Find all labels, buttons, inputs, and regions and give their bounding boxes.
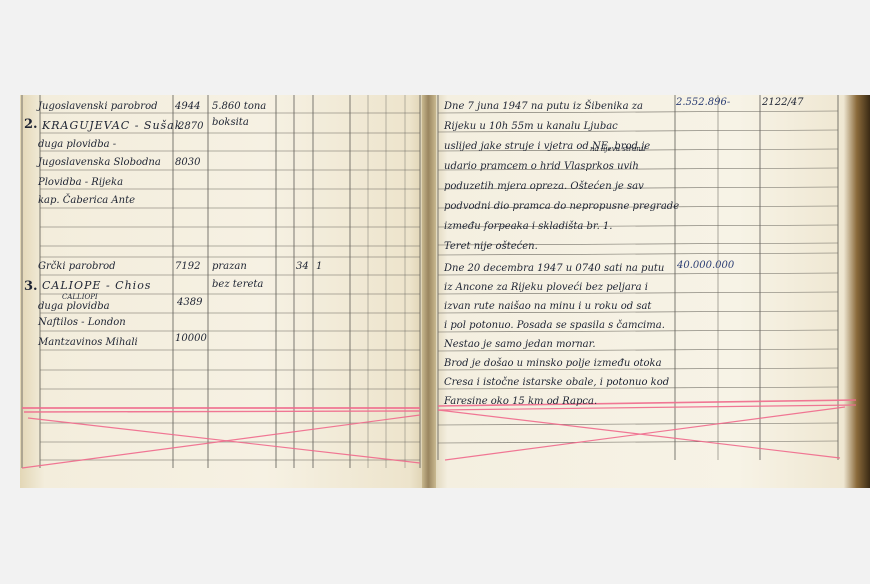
narrative-line: Faresine oko 15 km od Rapca.: [444, 396, 597, 407]
entry-2-cargo-2: boksita: [212, 117, 249, 128]
entry-3-tonnage-net: 4389: [177, 297, 202, 308]
entry-3-cargo-1: prazan: [212, 261, 247, 272]
entry-2-number: 2.: [24, 117, 38, 132]
entry-2-cargo-1: 5.860 tona: [212, 101, 266, 112]
entry-3-line-2: CALIOPE - Chios: [42, 279, 151, 292]
entry-3-line-1: Grčki parobrod: [38, 261, 116, 272]
entry-3-tonnage-gross: 7192: [175, 261, 200, 272]
entry-2-line-1: Jugoslavenski parobrod: [38, 101, 158, 112]
narrative-line: Cresa i istočne istarske obale, i potonu…: [444, 377, 669, 388]
entry-3-line-5: Mantzavinos Mihali: [38, 337, 138, 348]
narrative-line: Brod je došao u minsko polje između otok…: [444, 358, 662, 369]
entry-3-line-3: duga plovidba: [38, 301, 110, 312]
narrative-line: između forpeaka i skladišta br. 1.: [444, 221, 612, 232]
entry-2-line-5: Plovidba - Rijeka: [38, 177, 123, 188]
right-entry-1-reference: 2122/47: [762, 97, 804, 108]
entry-3-number: 3.: [24, 279, 38, 294]
entry-2-line-4: Jugoslavenska Slobodna: [38, 157, 161, 168]
entry-3-extra-1: 34: [296, 261, 309, 272]
narrative-line: Dne 20 decembra 1947 u 0740 sati na putu: [444, 263, 664, 274]
ledger-scan: Jugoslavenski parobrod 2. KRAGUJEVAC - S…: [20, 95, 870, 488]
entry-2-line-2: KRAGUJEVAC - Sušak: [42, 119, 182, 132]
entry-2-tonnage-dw: 8030: [175, 157, 200, 168]
entry-3-line-4: Naftilos - London: [38, 317, 126, 328]
right-entry-1-amount: 2.552.896-: [676, 97, 730, 108]
narrative-line: izvan rute naišao na minu i u roku od sa…: [444, 301, 651, 312]
entry-3-tonnage-dw: 10000: [175, 333, 207, 344]
narrative-line: iz Ancone za Rijeku ploveći bez peljara …: [444, 282, 648, 293]
narrative-line: Dne 7 juna 1947 na putu iz Šibenika za: [444, 101, 643, 112]
entry-2-line-3: duga plovidba -: [38, 139, 116, 150]
entry-2-tonnage-gross: 4944: [175, 101, 200, 112]
entry-2-tonnage-net: 2870: [178, 121, 203, 132]
narrative-line: Nestao je samo jedan mornar.: [444, 339, 596, 350]
entry-3-name-annotation: CALLIOPI: [62, 293, 98, 301]
right-entry-1-insertion: na lijevu stranu: [590, 145, 645, 153]
narrative-line: Teret nije oštećen.: [444, 241, 538, 252]
right-entry-2-amount: 40.000.000: [677, 260, 734, 271]
narrative-line: i pol potonuo. Posada se spasila s čamci…: [444, 320, 665, 331]
narrative-line: poduzetih mjera opreza. Oštećen je sav: [444, 181, 644, 192]
entry-3-extra-2: 1: [316, 261, 322, 272]
narrative-line: podvodni dio pramca do nepropusne pregra…: [444, 201, 679, 212]
narrative-line: Rijeku u 10h 55m u kanalu Ljubac: [444, 121, 618, 132]
entry-3-cargo-2: bez tereta: [212, 279, 263, 290]
narrative-line: udario pramcem o hrid Vlasprkos uvih: [444, 161, 639, 172]
entry-2-line-6: kap. Čaberica Ante: [38, 195, 135, 206]
